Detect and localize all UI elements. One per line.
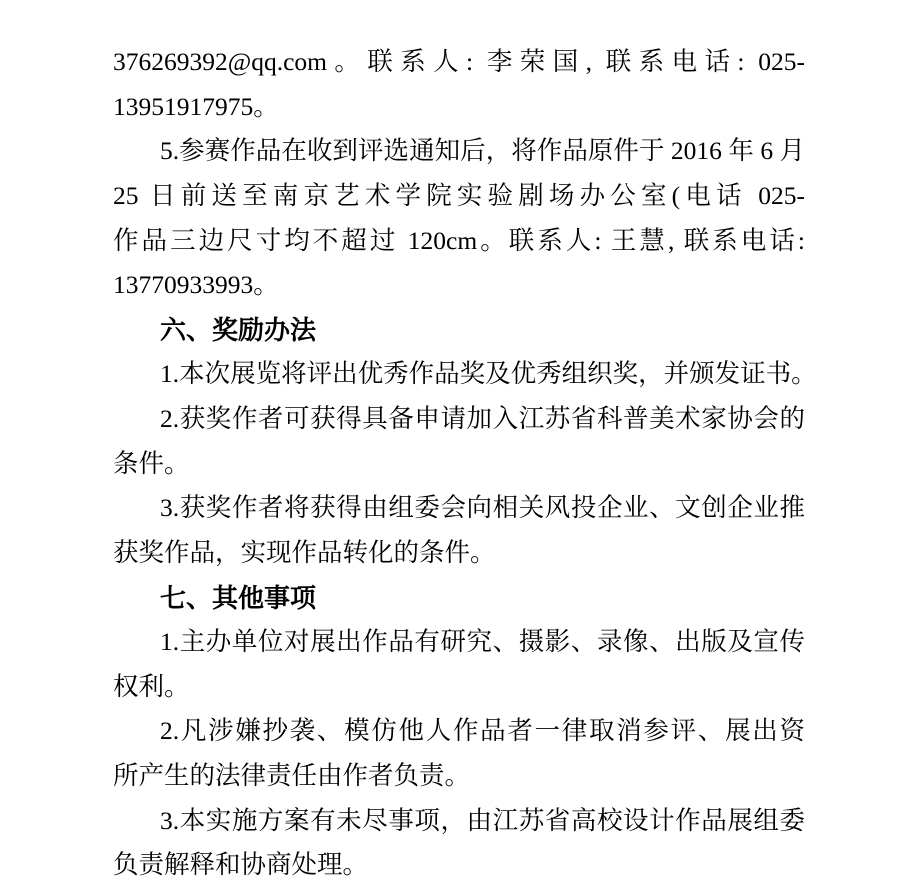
reward-item-1: 1.本次展览将评出优秀作品奖及优秀组织奖，并颁发证书。 xyxy=(113,352,805,397)
document-page: 376269392@qq.com。联系人: 李荣国, 联系电话: 025-834… xyxy=(113,40,805,888)
contact-line-phone-2: 13951917975。 xyxy=(113,85,805,130)
heading-section6-reward-methods: 六、奖励办法 xyxy=(113,308,805,353)
reward-item-3-line-1: 3.获奖作者将获得由组委会向相关风投企业、文创企业推荐 xyxy=(113,486,805,531)
contact-line-email-phone: 376269392@qq.com。联系人: 李荣国, 联系电话: 025-834… xyxy=(113,40,805,85)
other-item-1-line-2: 权利。 xyxy=(113,665,805,710)
heading-section7-other-matters: 七、其他事项 xyxy=(113,576,805,621)
item5-line-3: 作品三边尺寸均不超过 120cm。联系人: 王慧, 联系电话: xyxy=(113,219,805,264)
other-item-2-line-2: 所产生的法律责任由作者负责。 xyxy=(113,754,805,799)
reward-item-2-line-2: 条件。 xyxy=(113,442,805,487)
item5-line-1: 5.参赛作品在收到评选通知后，将作品原件于 2016 年 6 月 xyxy=(113,129,805,174)
other-item-1-line-1: 1.主办单位对展出作品有研究、摄影、录像、出版及宣传的 xyxy=(113,620,805,665)
reward-item-2-line-1: 2.获奖作者可获得具备申请加入江苏省科普美术家协会的 xyxy=(113,397,805,442)
other-item-2-line-1: 2.凡涉嫌抄袭、模仿他人作品者一律取消参评、展出资格， xyxy=(113,709,805,754)
reward-item-3-line-2: 获奖作品，实现作品转化的条件。 xyxy=(113,531,805,576)
other-item-3-line-1: 3.本实施方案有未尽事项，由江苏省高校设计作品展组委会 xyxy=(113,799,805,844)
other-item-3-line-2: 负责解释和协商处理。 xyxy=(113,843,805,888)
item5-line-2: 25 日前送至南京艺术学院实验剧场办公室(电话 025-83498771)。 xyxy=(113,174,805,219)
item5-line-4-phone: 13770933993。 xyxy=(113,263,805,308)
